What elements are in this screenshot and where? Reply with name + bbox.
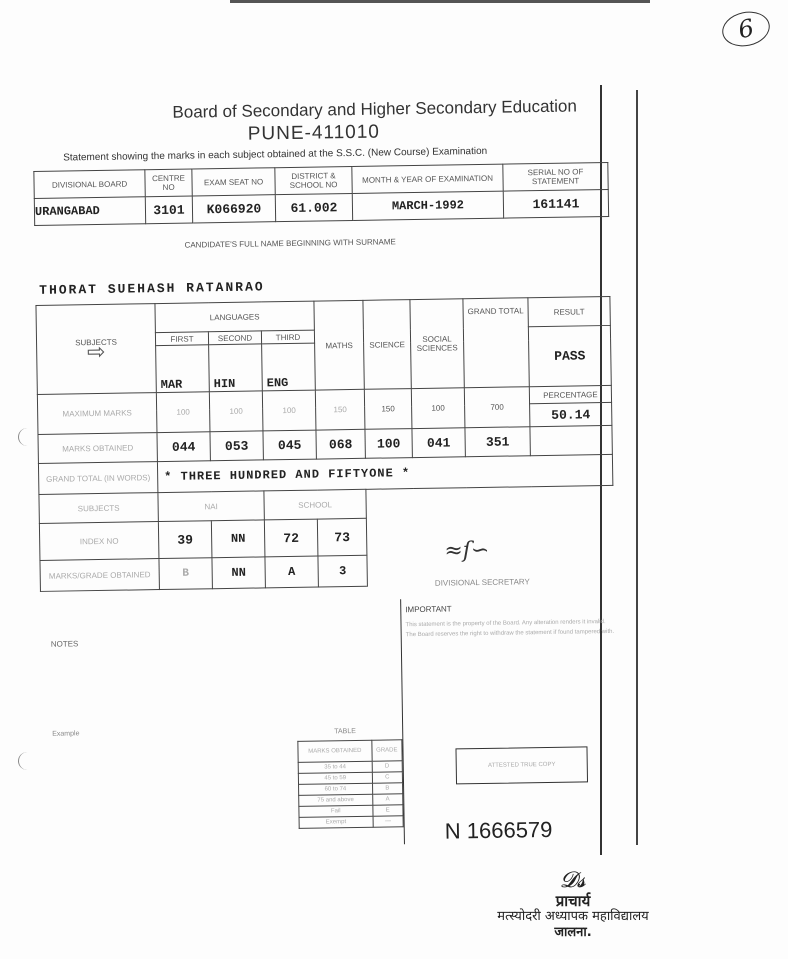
max-third: 100 <box>262 390 316 431</box>
board-city: PUNE-411010 <box>248 122 380 146</box>
hdr-result: RESULT <box>528 296 610 326</box>
hdr-grand-total: GRAND TOTAL <box>463 298 529 388</box>
outer-border <box>636 90 638 845</box>
principal-attestation: 𝓓𝓼 प्राचार्य मत्स्योदरी अध्यापक महाविद्य… <box>478 868 668 941</box>
hdr-science: SCIENCE <box>363 300 411 390</box>
seat-no: K066920 <box>192 195 275 223</box>
total-words-label: GRAND TOTAL (IN WORDS) <box>38 462 157 495</box>
scan-top-edge <box>230 0 650 3</box>
index-4: 73 <box>317 518 367 556</box>
school-no: 61.002 <box>275 193 352 221</box>
subject-second: HIN <box>209 344 263 392</box>
hdr-second: SECOND <box>208 331 261 345</box>
obtained-second: 053 <box>210 431 263 461</box>
subjects-label: SUBJECTS⇨ <box>36 304 156 395</box>
grade-table: MARKS OBTAINEDGRADE 35 to 44D 45 to 59C … <box>297 739 403 829</box>
subjects-row-1: NAI <box>158 491 264 522</box>
obtained-science: 100 <box>365 429 412 459</box>
grade-2: NN <box>212 557 265 589</box>
obtained-maths: 068 <box>316 429 365 459</box>
notes-section: NOTES Example <box>51 634 393 739</box>
secretary-label: DIVISIONAL SECRETARY <box>435 577 530 587</box>
important-box: IMPORTANT This statement is the property… <box>400 596 623 844</box>
signature-area <box>366 485 614 586</box>
obtained-total: 351 <box>465 427 530 457</box>
result-value: PASS <box>528 325 611 386</box>
hdr-centre-no: CENTRE NO <box>145 169 192 197</box>
max-total: 700 <box>464 387 530 428</box>
secretary-signature: ≈ſ∽ <box>444 538 489 564</box>
grade-label: MARKS/GRADE OBTAINED <box>40 559 159 592</box>
grade-table-cell: B <box>372 783 403 794</box>
grade-table-cell: C <box>372 772 403 783</box>
subject-third: ENG <box>262 343 316 391</box>
obtained-social: 041 <box>412 428 465 458</box>
grade-table-hdr-grade: GRADE <box>371 740 402 761</box>
index-label: INDEX NO <box>39 522 159 561</box>
grade-table-cell: E <box>372 805 403 816</box>
languages-label: LANGUAGES <box>155 301 314 332</box>
max-science: 150 <box>364 389 412 430</box>
hdr-maths: MATHS <box>314 300 364 390</box>
marksheet: Board of Secondary and Higher Secondary … <box>32 76 624 855</box>
grade-3: A <box>265 556 318 588</box>
grade-1: B <box>159 558 212 590</box>
percentage-value: 50.14 <box>530 402 612 426</box>
statement-title: Statement showing the marks in each subj… <box>63 146 487 164</box>
serial-no: 161141 <box>503 189 608 218</box>
college-city: जालना. <box>478 925 668 941</box>
obtained-label: MARKS OBTAINED <box>38 433 157 464</box>
attestation-stamp: ATTESTED TRUE COPY <box>455 746 588 784</box>
marks-table: SUBJECTS⇨ LANGUAGES MATHS SCIENCE SOCIAL… <box>35 296 614 592</box>
info-table: DIVISIONAL BOARD CENTRE NO EXAM SEAT NO … <box>33 162 609 226</box>
centre-no: 3101 <box>145 196 192 224</box>
max-marks-label: MAXIMUM MARKS <box>37 393 157 435</box>
hdr-third: THIRD <box>261 330 314 344</box>
name-label: CANDIDATE'S FULL NAME BEGINNING WITH SUR… <box>184 237 395 249</box>
grade-table-hdr-marks: MARKS OBTAINED <box>298 740 372 762</box>
grade-table-cell: A <box>372 794 403 805</box>
subjects-row-label: SUBJECTS <box>39 493 158 524</box>
percentage-label: PERCENTAGE <box>529 385 611 403</box>
max-second: 100 <box>209 391 263 432</box>
max-first: 100 <box>156 392 210 433</box>
hdr-seat-no: EXAM SEAT NO <box>192 168 275 196</box>
grade-table-cell: Exempt <box>299 816 373 828</box>
certificate-serial: N 1666579 <box>445 817 553 845</box>
hdr-school-no: DISTRICT & SCHOOL NO <box>275 166 352 194</box>
principal-title: प्राचार्य <box>478 893 668 909</box>
grade-table-cell: — <box>373 816 404 827</box>
table-label: TABLE <box>334 728 356 735</box>
grade-table-cell: D <box>372 761 403 772</box>
index-2: NN <box>211 520 265 558</box>
index-3: 72 <box>264 519 318 557</box>
candidate-name: THORAT SUEHASH RATANRAO <box>39 279 265 298</box>
max-maths: 150 <box>315 389 365 430</box>
index-1: 39 <box>158 521 212 559</box>
punch-hole <box>18 428 37 446</box>
obtained-first: 044 <box>157 432 210 462</box>
divisional-board: URANGABAD <box>34 197 145 226</box>
obtained-third: 045 <box>263 430 316 460</box>
principal-signature: 𝓓𝓼 <box>478 868 668 893</box>
subject-first: MAR <box>156 345 210 393</box>
max-social: 100 <box>411 388 465 429</box>
hdr-first: FIRST <box>155 332 208 346</box>
hdr-social: SOCIAL SCIENCES <box>410 299 464 389</box>
month-year: MARCH-1992 <box>352 191 503 220</box>
hdr-month-year: MONTH & YEAR OF EXAMINATION <box>352 164 503 193</box>
hdr-serial: SERIAL NO OF STATEMENT <box>503 162 608 191</box>
board-title: Board of Secondary and Higher Secondary … <box>172 96 577 122</box>
subjects-row-2: SCHOOL <box>264 489 366 520</box>
grade-4: 3 <box>318 555 367 587</box>
college-name: मत्स्योदरी अध्यापक महाविद्यालय <box>478 909 668 925</box>
hdr-divisional-board: DIVISIONAL BOARD <box>34 170 145 199</box>
important-label: IMPORTANT <box>405 602 615 614</box>
page-number: 6 <box>719 7 773 50</box>
important-text: This statement is the property of the Bo… <box>405 617 615 640</box>
punch-hole <box>18 752 37 770</box>
